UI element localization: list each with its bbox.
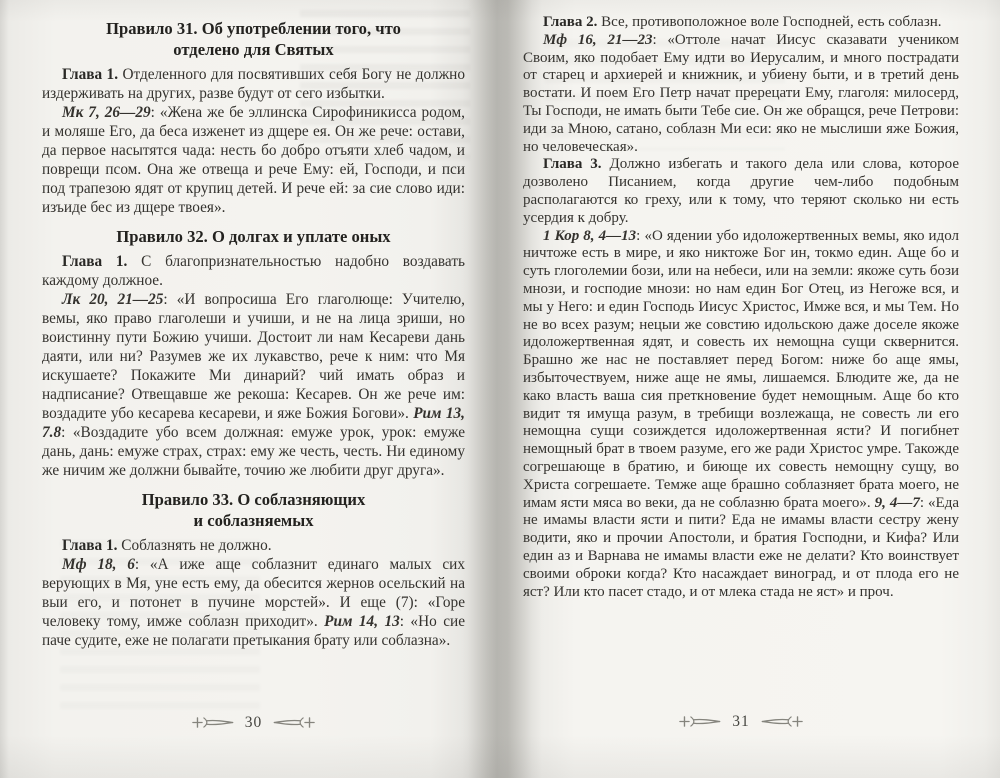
paragraph: Мф 18, 6: «А иже аще соблазнит единаго м… xyxy=(42,555,465,650)
book-spread: Правило 31. Об употреблении того, что от… xyxy=(0,0,1000,778)
paragraph: Глава 1. С благопризнательностью надобно… xyxy=(42,252,465,290)
verse-reference: 1 Кор 8, 4—13 xyxy=(543,228,636,244)
paragraph: Глава 1. Отделенного для посвятивших себ… xyxy=(42,65,465,103)
verse-text: : «Оттоле начат Иисус сказавати учеником… xyxy=(523,32,959,155)
paragraph: Глава 2. Все, противоположное воле Госпо… xyxy=(523,14,959,32)
verse-reference: Мф 18, 6 xyxy=(62,556,135,573)
chapter-lead: Глава 1. xyxy=(62,537,117,554)
rule-heading: Правило 33. О соблазняющих и соблазняемы… xyxy=(48,489,459,531)
paragraph: Мф 16, 21—23: «Оттоле начат Иисус сказав… xyxy=(523,32,959,157)
chapter-lead: Глава 3. xyxy=(543,156,602,172)
paragraph: Лк 20, 21—25: «И вопросиша Его глаголюще… xyxy=(42,290,465,480)
verse-reference: Лк 20, 21—25 xyxy=(62,291,163,308)
paragraph: Глава 1. Соблазнять не должно. xyxy=(42,536,465,555)
paragraph: Мк 7, 26—29: «Жена же бе эллинска Сирофи… xyxy=(42,103,465,217)
footer-arrow-ornament-icon xyxy=(273,716,315,729)
rule-heading: Правило 31. Об употреблении того, что от… xyxy=(48,18,459,60)
footer-arrow-ornament-icon xyxy=(761,715,803,728)
verse-reference: Рим 14, 13 xyxy=(324,613,400,630)
right-page: Глава 2. Все, противоположное воле Госпо… xyxy=(523,0,959,778)
verse-text: : «Воздадите убо всем должная: емуже уро… xyxy=(42,424,465,479)
chapter-lead: Глава 1. xyxy=(62,66,118,83)
left-page-text: Правило 31. Об употреблении того, что от… xyxy=(42,18,465,650)
footer-arrow-ornament-icon xyxy=(679,715,721,728)
verse-reference: Мф 16, 21—23 xyxy=(543,32,652,48)
left-page: Правило 31. Об употреблении того, что от… xyxy=(42,0,465,778)
right-page-footer: 31 xyxy=(523,713,959,731)
page-number: 30 xyxy=(245,713,263,732)
footer-arrow-ornament-icon xyxy=(192,716,234,729)
verse-reference: 9, 4—7 xyxy=(875,495,920,511)
chapter-lead: Глава 2. xyxy=(543,14,597,30)
paragraph: 1 Кор 8, 4—13: «О ядении убо идоложертве… xyxy=(523,228,959,602)
chapter-lead: Глава 1. xyxy=(62,253,127,270)
left-page-footer: 30 xyxy=(42,713,465,732)
verse-text: : «О ядении убо идоложертвенных вемы, як… xyxy=(523,228,959,511)
right-page-text: Глава 2. Все, противоположное воле Госпо… xyxy=(523,14,959,601)
verse-reference: Мк 7, 26—29 xyxy=(62,104,151,121)
page-number: 31 xyxy=(732,713,750,731)
paragraph: Глава 3. Должно избегать и такого дела и… xyxy=(523,156,959,227)
verse-text: Все, противоположное воле Господней, ест… xyxy=(597,14,941,30)
verse-text: : «И вопросиша Его глаголюще: Учителю, в… xyxy=(42,291,465,422)
verse-text: Соблазнять не должно. xyxy=(117,537,271,554)
rule-heading: Правило 32. О долгах и уплате оных xyxy=(48,226,459,247)
